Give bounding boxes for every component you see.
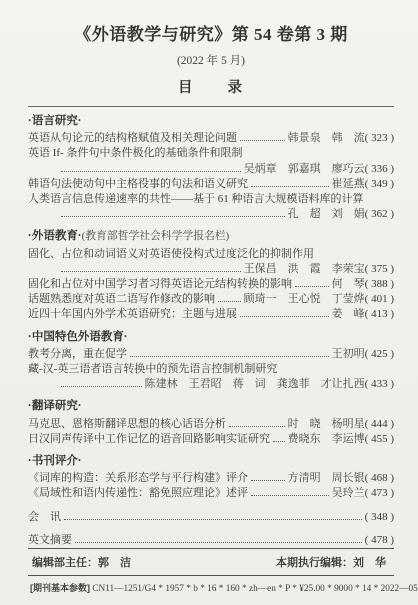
entry-line-1: 英文摘要 ( 478 ) (28, 533, 394, 548)
entry-title: 教考分离，重在促学 (28, 347, 127, 362)
entry-title: 人类语言信息传递速率的共性——基于 61 种语言大规模语料库的计算 (28, 192, 364, 207)
toc-section: 会 讯 ( 348 ) 英文摘要 ( 478 ) (28, 510, 394, 548)
entry-title: 日汉同声传译中工作记忆的语音回路影响实证研究 (28, 432, 270, 447)
toc-entry: 英语从句论元的结构格赋值及相关理论问题 韩景泉 韩 流 ( 323 ) (28, 131, 394, 146)
section-title: ·翻译研究· (28, 400, 82, 412)
dot-leader (251, 495, 329, 496)
entry-authors: 顾琦一 王心悦 丁莹烨 (244, 292, 365, 307)
entry-page: ( 425 ) (365, 347, 394, 362)
managing-editor-name: 郭 洁 (98, 557, 131, 569)
entry-line-1: 日汉同声传译中工作记忆的语音回路影响实证研究 费晓东 李运博 ( 455 ) (28, 432, 394, 447)
toc-entry: 韩语句法使动句中主格役事的句法和语义研究 崔延燕 ( 349 ) (28, 177, 394, 192)
entry-page: ( 473 ) (365, 486, 394, 501)
toc-entry: 《词库的构造：关系形态学与平行构建》评介 方清明 周长银 ( 468 ) (28, 471, 394, 486)
toc-section: ·语言研究· 英语从句论元的结构格赋值及相关理论问题 韩景泉 韩 流 ( 323… (28, 114, 394, 222)
section-header: ·语言研究· (28, 114, 394, 129)
entry-line-1: 英语从句论元的结构格赋值及相关理论问题 韩景泉 韩 流 ( 323 ) (28, 131, 394, 146)
entry-title: 《词库的构造：关系形态学与平行构建》评介 (28, 471, 248, 486)
entry-line-1: 韩语句法使动句中主格役事的句法和语义研究 崔延燕 ( 349 ) (28, 177, 394, 192)
journal-parameters-value: CN11—1251/G4 * 1957 * b * 16 * 160 * zh—… (92, 584, 417, 594)
toc-sections: ·语言研究· 英语从句论元的结构格赋值及相关理论问题 韩景泉 韩 流 ( 323… (28, 107, 394, 548)
entry-authors: 陈建林 王君昭 蒋 词 龚逸菲 才让扎西 (145, 377, 365, 392)
entry-line-1: 近四十年国内外学术英语研究：主题与进展 姜 峰 ( 413 ) (28, 307, 394, 322)
entry-title: 近四十年国内外学术英语研究：主题与进展 (28, 307, 237, 322)
entry-page: ( 388 ) (365, 277, 394, 292)
editors-row: 编辑部主任：郭 洁 本期执行编辑：刘 华 (28, 549, 394, 575)
toc-entry: 固化和占位对中国学习者习得英语论元结构转换的影响 何 琴 ( 388 ) (28, 277, 394, 292)
dot-leader (61, 271, 241, 272)
dot-leader (251, 480, 285, 481)
entry-page: ( 336 ) (365, 162, 394, 177)
section-note: (教育部哲学社会科学学报名栏) (82, 230, 230, 242)
entry-page: ( 468 ) (365, 471, 394, 486)
entry-line-2: 吴炳章 郭嘉琪 廖巧云 ( 336 ) (28, 162, 394, 177)
entry-page: ( 323 ) (365, 131, 394, 146)
page-footer: 编辑部主任：郭 洁 本期执行编辑：刘 华 [期刊基本参数] CN11—1251/… (28, 548, 394, 594)
entry-title: 《局域性和语内传递性：豁免照应理论》述评 (28, 486, 248, 501)
entry-line-1: 英语 If- 条件句中条件极化的基础条件和限制 (28, 146, 394, 161)
entry-page: ( 349 ) (365, 177, 394, 192)
executive-editor-label: 本期执行编辑： (276, 557, 353, 569)
dot-leader (61, 386, 142, 387)
toc-section: ·中国特色外语教育· 教考分离，重在促学 王初明 ( 425 ) 藏-汉-英三语… (28, 330, 394, 393)
entry-line-1: 固化和占位对中国学习者习得英语论元结构转换的影响 何 琴 ( 388 ) (28, 277, 394, 292)
journal-parameters: [期刊基本参数] CN11—1251/G4 * 1957 * b * 16 * … (28, 576, 394, 594)
entry-title: 马克思、恩格斯翻译思想的核心话语分析 (28, 417, 226, 432)
toc-section: ·外语教育·(教育部哲学社会科学学报名栏) 固化、占位和动词语义对英语使役构式过… (28, 229, 394, 322)
section-header: ·书刊评介· (28, 454, 394, 469)
entry-title: 英文摘要 (28, 533, 72, 548)
entry-authors: 王初明 (332, 347, 365, 362)
managing-editor: 编辑部主任：郭 洁 (32, 554, 131, 570)
toc-entry: 马克思、恩格斯翻译思想的核心话语分析 时 晓 杨明星 ( 444 ) (28, 417, 394, 432)
entry-line-2: 孔 超 刘 娟 ( 362 ) (28, 207, 394, 222)
toc-entry: 人类语言信息传递速率的共性——基于 61 种语言大规模语料库的计算 孔 超 刘 … (28, 192, 394, 222)
managing-editor-label: 编辑部主任： (32, 557, 98, 569)
entry-title: 英语从句论元的结构格赋值及相关理论问题 (28, 131, 237, 146)
toc-entry: 话题熟悉度对英语二语写作修改的影响 顾琦一 王心悦 丁莹烨 ( 401 ) (28, 292, 394, 307)
section-header: ·翻译研究· (28, 399, 394, 414)
entry-page: ( 375 ) (365, 262, 394, 277)
executive-editor: 本期执行编辑：刘 华 (276, 554, 386, 570)
entry-authors: 孔 超 刘 娟 (288, 207, 365, 222)
journal-title: 《外语教学与研究》第 54 卷第 3 期 (28, 20, 394, 45)
entry-title: 话题熟悉度对英语二语写作修改的影响 (28, 292, 215, 307)
toc-entry: 近四十年国内外学术英语研究：主题与进展 姜 峰 ( 413 ) (28, 307, 394, 322)
entry-title: 藏-汉-英三语者语言转换中的预先语言控制机制研究 (28, 362, 277, 377)
entry-title: 英语 If- 条件句中条件极化的基础条件和限制 (28, 146, 243, 161)
journal-parameters-label: [期刊基本参数] (30, 583, 90, 593)
entry-line-1: 马克思、恩格斯翻译思想的核心话语分析 时 晓 杨明星 ( 444 ) (28, 417, 394, 432)
section-title: ·语言研究· (28, 115, 82, 127)
dot-leader (130, 356, 329, 357)
entry-line-1: 会 讯 ( 348 ) (28, 510, 394, 525)
dot-leader (218, 301, 241, 302)
entry-authors: 王保昌 洪 霞 李荣宝 (244, 262, 365, 277)
dot-leader (75, 542, 362, 543)
dot-leader (251, 186, 329, 187)
entry-authors: 崔延燕 (332, 177, 365, 192)
entry-authors: 费晓东 李运博 (288, 432, 365, 447)
dot-leader (240, 316, 329, 317)
entry-line-1: 人类语言信息传递速率的共性——基于 61 种语言大规模语料库的计算 (28, 192, 394, 207)
entry-title: 固化和占位对中国学习者习得英语论元结构转换的影响 (28, 277, 292, 292)
toc-entry: 教考分离，重在促学 王初明 ( 425 ) (28, 347, 394, 362)
entry-authors: 方清明 周长银 (288, 471, 365, 486)
section-title: ·书刊评介· (28, 455, 82, 467)
entry-page: ( 478 ) (365, 533, 394, 548)
entry-line-1: 固化、占位和动词语义对英语使役构式过度泛化的抑制作用 (28, 247, 394, 262)
entry-title: 韩语句法使动句中主格役事的句法和语义研究 (28, 177, 248, 192)
entry-line-1: 教考分离，重在促学 王初明 ( 425 ) (28, 347, 394, 362)
section-header: ·中国特色外语教育· (28, 330, 394, 345)
entry-line-2: 陈建林 王君昭 蒋 词 龚逸菲 才让扎西 ( 433 ) (28, 377, 394, 392)
entry-line-1: 藏-汉-英三语者语言转换中的预先语言控制机制研究 (28, 362, 394, 377)
entry-title: 会 讯 (28, 510, 61, 525)
dot-leader (64, 519, 362, 520)
dot-leader (61, 216, 285, 217)
entry-line-2: 王保昌 洪 霞 李荣宝 ( 375 ) (28, 262, 394, 277)
journal-toc-page: 《外语教学与研究》第 54 卷第 3 期 (2022 年 5 月) 目 录 ·语… (0, 0, 418, 605)
section-entries: 马克思、恩格斯翻译思想的核心话语分析 时 晓 杨明星 ( 444 ) 日汉同声传… (28, 417, 394, 447)
entry-authors: 吴炳章 郭嘉琪 廖巧云 (244, 162, 365, 177)
section-entries: 会 讯 ( 348 ) 英文摘要 ( 478 ) (28, 510, 394, 548)
toc-entry: 藏-汉-英三语者语言转换中的预先语言控制机制研究 陈建林 王君昭 蒋 词 龚逸菲… (28, 362, 394, 392)
section-entries: 教考分离，重在促学 王初明 ( 425 ) 藏-汉-英三语者语言转换中的预先语言… (28, 347, 394, 393)
dot-leader (229, 426, 285, 427)
entry-authors: 吴玲兰 (332, 486, 365, 501)
executive-editor-name: 刘 华 (353, 557, 386, 569)
issue-date: (2022 年 5 月) (28, 52, 394, 68)
entry-authors: 韩景泉 韩 流 (288, 131, 365, 146)
dot-leader (273, 441, 285, 442)
entry-page: ( 413 ) (365, 307, 394, 322)
entry-line-1: 《局域性和语内传递性：豁免照应理论》述评 吴玲兰 ( 473 ) (28, 486, 394, 501)
toc-heading: 目 录 (28, 76, 394, 97)
entry-page: ( 348 ) (365, 510, 394, 525)
dot-leader (61, 171, 241, 172)
entry-line-1: 话题熟悉度对英语二语写作修改的影响 顾琦一 王心悦 丁莹烨 ( 401 ) (28, 292, 394, 307)
section-header: ·外语教育·(教育部哲学社会科学学报名栏) (28, 229, 394, 244)
toc-entry: 《局域性和语内传递性：豁免照应理论》述评 吴玲兰 ( 473 ) (28, 486, 394, 501)
toc-entry: 英语 If- 条件句中条件极化的基础条件和限制 吴炳章 郭嘉琪 廖巧云 ( 33… (28, 146, 394, 176)
entry-page: ( 433 ) (365, 377, 394, 392)
toc-entry: 会 讯 ( 348 ) (28, 510, 394, 525)
dot-leader (240, 140, 285, 141)
entry-authors: 时 晓 杨明星 (288, 417, 365, 432)
toc-section: ·书刊评介· 《词库的构造：关系形态学与平行构建》评介 方清明 周长银 ( 46… (28, 454, 394, 502)
entry-page: ( 362 ) (365, 207, 394, 222)
entry-title: 固化、占位和动词语义对英语使役构式过度泛化的抑制作用 (28, 247, 314, 262)
section-entries: 《词库的构造：关系形态学与平行构建》评介 方清明 周长银 ( 468 ) 《局域… (28, 471, 394, 501)
entry-page: ( 455 ) (365, 432, 394, 447)
section-entries: 固化、占位和动词语义对英语使役构式过度泛化的抑制作用 王保昌 洪 霞 李荣宝 (… (28, 247, 394, 323)
entry-page: ( 444 ) (365, 417, 394, 432)
toc-section: ·翻译研究· 马克思、恩格斯翻译思想的核心话语分析 时 晓 杨明星 ( 444 … (28, 399, 394, 447)
entry-authors: 何 琴 (332, 277, 365, 292)
entry-page: ( 401 ) (365, 292, 394, 307)
entry-line-1: 《词库的构造：关系形态学与平行构建》评介 方清明 周长银 ( 468 ) (28, 471, 394, 486)
toc-entry: 固化、占位和动词语义对英语使役构式过度泛化的抑制作用 王保昌 洪 霞 李荣宝 (… (28, 247, 394, 277)
section-entries: 英语从句论元的结构格赋值及相关理论问题 韩景泉 韩 流 ( 323 ) 英语 I… (28, 131, 394, 222)
section-title: ·外语教育· (28, 230, 82, 242)
entry-authors: 姜 峰 (332, 307, 365, 322)
section-title: ·中国特色外语教育· (28, 331, 128, 343)
toc-entry: 日汉同声传译中工作记忆的语音回路影响实证研究 费晓东 李运博 ( 455 ) (28, 432, 394, 447)
toc-entry: 英文摘要 ( 478 ) (28, 533, 394, 548)
dot-leader (295, 286, 329, 287)
